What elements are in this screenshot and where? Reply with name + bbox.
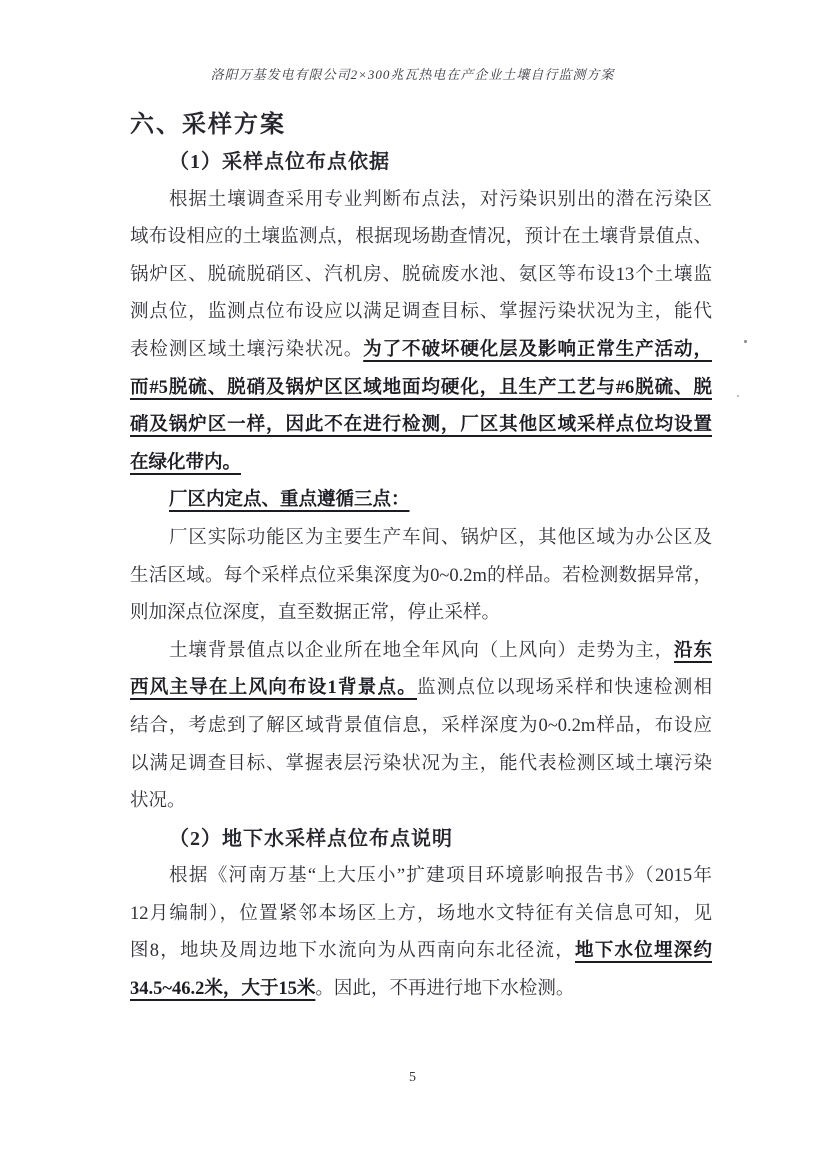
body-text: 锅炉区、脱硫脱硝区、汽机房、脱硫废水池、氨区等布设13个土壤监 bbox=[130, 265, 712, 285]
text-line: 在绿化带内。 bbox=[130, 445, 712, 483]
scan-artifact-dot bbox=[744, 340, 747, 343]
text-line: 根据土壤调查采用专业判断布点法，对污染识别出的潜在污染区 bbox=[130, 182, 712, 220]
text-line: 图8，地块及周边地下水流向为从西南向东北径流，地下水位埋深约 bbox=[130, 933, 712, 971]
section-heading: （2）地下水采样点位布点说明 bbox=[130, 821, 712, 859]
text-line: 状况。 bbox=[130, 783, 712, 821]
text-line: 34.5~46.2米，大于15米。因此，不再进行地下水检测。 bbox=[130, 971, 712, 1009]
emphasized-text: 厂区内定点、重点遵循三点： bbox=[169, 490, 410, 510]
emphasized-text: 地下水位埋深约 bbox=[575, 941, 712, 961]
document-page: 洛阳万基发电有限公司2×300兆瓦热电在产企业土壤自行监测方案 六、采样方案 （… bbox=[0, 0, 825, 1166]
body-text: 则加深点位深度，直至数据正常，停止采样。 bbox=[130, 603, 500, 623]
document-content: 六、采样方案 （1）采样点位布点依据根据土壤调查采用专业判断布点法，对污染识别出… bbox=[130, 106, 712, 1009]
text-line: 根据《河南万基“上大压小”扩建项目环境影响报告书》（2015年 bbox=[130, 858, 712, 896]
text-line: 而#5脱硫、脱硝及锅炉区区域地面均硬化，且生产工艺与#6脱硫、脱 bbox=[130, 370, 712, 408]
text-line: 域布设相应的土壤监测点，根据现场勘查情况，预计在土壤背景值点、 bbox=[130, 219, 712, 257]
body-text: 以满足调查目标、掌握表层污染状况为主，能代表检测区域土壤污染 bbox=[130, 754, 712, 774]
body-text: 根据土壤调查采用专业判断布点法，对污染识别出的潜在污染区 bbox=[169, 190, 712, 210]
body-text: 厂区实际功能区为主要生产车间、锅炉区，其他区域为办公区及 bbox=[169, 528, 712, 548]
body-text: 状况。 bbox=[130, 791, 186, 811]
emphasized-text: 而#5脱硫、脱硝及锅炉区区域地面均硬化，且生产工艺与#6脱硫、脱 bbox=[130, 378, 712, 398]
body-text: 。因此，不再进行地下水检测。 bbox=[315, 979, 574, 999]
body-text: 根据《河南万基“上大压小”扩建项目环境影响报告书》（2015年 bbox=[169, 866, 712, 886]
body-text: 测点位，监测点位布设应以满足调查目标、掌握污染状况为主，能代 bbox=[130, 302, 712, 322]
text-line: 锅炉区、脱硫脱硝区、汽机房、脱硫废水池、氨区等布设13个土壤监 bbox=[130, 257, 712, 295]
chapter-heading: 六、采样方案 bbox=[130, 106, 712, 144]
emphasized-text: 西风主导在上风向布设1背景点。 bbox=[130, 678, 417, 698]
text-line: 12月编制），位置紧邻本场区上方，场地水文特征有关信息可知，见 bbox=[130, 896, 712, 934]
body-text: 域布设相应的土壤监测点，根据现场勘查情况，预计在土壤背景值点、 bbox=[130, 227, 712, 247]
text-line: 土壤背景值点以企业所在地全年风向（上风向）走势为主，沿东 bbox=[130, 633, 712, 671]
text-line: 生活区域。每个采样点位采集深度为0~0.2m的样品。若检测数据异常， bbox=[130, 558, 712, 596]
body-text: 监测点位以现场采样和快速检测相 bbox=[417, 678, 712, 698]
emphasized-text: 为了不破坏硬化层及影响正常生产活动， bbox=[363, 340, 712, 360]
running-header: 洛阳万基发电有限公司2×300兆瓦热电在产企业土壤自行监测方案 bbox=[0, 64, 825, 83]
body-text: 生活区域。每个采样点位采集深度为0~0.2m的样品。若检测数据异常， bbox=[130, 566, 712, 586]
body-text: 表检测区域土壤污染状况。 bbox=[130, 340, 363, 360]
text-line: 结合，考虑到了解区域背景值信息，采样深度为0~0.2m样品，布设应 bbox=[130, 708, 712, 746]
body-text: 12月编制），位置紧邻本场区上方，场地水文特征有关信息可知，见 bbox=[130, 904, 712, 924]
section-heading: （1）采样点位布点依据 bbox=[130, 144, 712, 182]
document-body: （1）采样点位布点依据根据土壤调查采用专业判断布点法，对污染识别出的潜在污染区域… bbox=[130, 144, 712, 1009]
emphasized-text: 硝及锅炉区一样，因此不在进行检测，厂区其他区域采样点位均设置 bbox=[130, 415, 712, 435]
emphasized-text: 在绿化带内。 bbox=[130, 453, 241, 473]
text-line: 硝及锅炉区一样，因此不在进行检测，厂区其他区域采样点位均设置 bbox=[130, 407, 712, 445]
body-text: 结合，考虑到了解区域背景值信息，采样深度为0~0.2m样品，布设应 bbox=[130, 716, 712, 736]
body-text: 图8，地块及周边地下水流向为从西南向东北径流， bbox=[130, 941, 575, 961]
text-line: 西风主导在上风向布设1背景点。监测点位以现场采样和快速检测相 bbox=[130, 670, 712, 708]
emphasized-text: 34.5~46.2米，大于15米 bbox=[130, 979, 315, 999]
text-line: 则加深点位深度，直至数据正常，停止采样。 bbox=[130, 595, 712, 633]
body-text: 土壤背景值点以企业所在地全年风向（上风向）走势为主， bbox=[169, 641, 674, 661]
text-line: 表检测区域土壤污染状况。为了不破坏硬化层及影响正常生产活动， bbox=[130, 332, 712, 370]
text-line: 厂区内定点、重点遵循三点： bbox=[130, 482, 712, 520]
text-line: 以满足调查目标、掌握表层污染状况为主，能代表检测区域土壤污染 bbox=[130, 746, 712, 784]
emphasized-text: 沿东 bbox=[674, 641, 712, 661]
page-number: 5 bbox=[0, 1070, 825, 1086]
text-line: 测点位，监测点位布设应以满足调查目标、掌握污染状况为主，能代 bbox=[130, 294, 712, 332]
scan-artifact-dot bbox=[737, 395, 739, 397]
text-line: 厂区实际功能区为主要生产车间、锅炉区，其他区域为办公区及 bbox=[130, 520, 712, 558]
